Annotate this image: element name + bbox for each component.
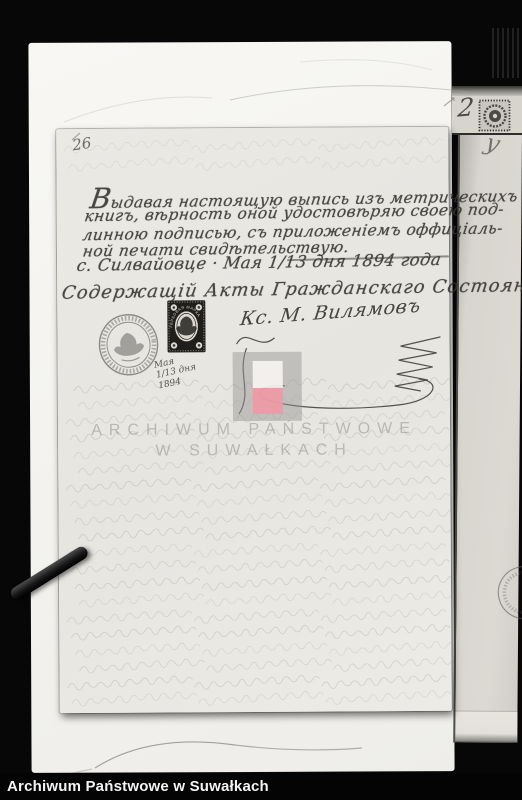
- caption-bar: Archiwum Państwowe w Suwałkach: [0, 773, 522, 800]
- partial-round-seal-icon: [484, 559, 522, 627]
- watermark-logo: [233, 352, 302, 421]
- caption-text: Archiwum Państwowe w Suwałkach: [0, 779, 269, 794]
- watermark-text-line-1: ARCHIWUM PAŃSTWOWE: [78, 421, 430, 439]
- flag-white-stripe: [253, 361, 283, 388]
- postage-stamp-icon: [478, 99, 512, 133]
- flag-red-stripe: [253, 388, 283, 414]
- stacked-pages-texture: [492, 28, 522, 78]
- adjacent-page-fragment: 2: [452, 86, 522, 135]
- handwritten-page-number: 2: [457, 94, 475, 120]
- archive-photo: у 2 26 Выдавая настоящую выпись изъ метр…: [0, 0, 522, 800]
- document-page: 26 Выдавая настоящую выпись изъ метричес…: [56, 127, 452, 713]
- handwritten-mark: у: [482, 132, 503, 157]
- page-edge-shadow: [455, 710, 517, 742]
- watermark-text-line-2: W SUWAŁKACH: [78, 442, 430, 460]
